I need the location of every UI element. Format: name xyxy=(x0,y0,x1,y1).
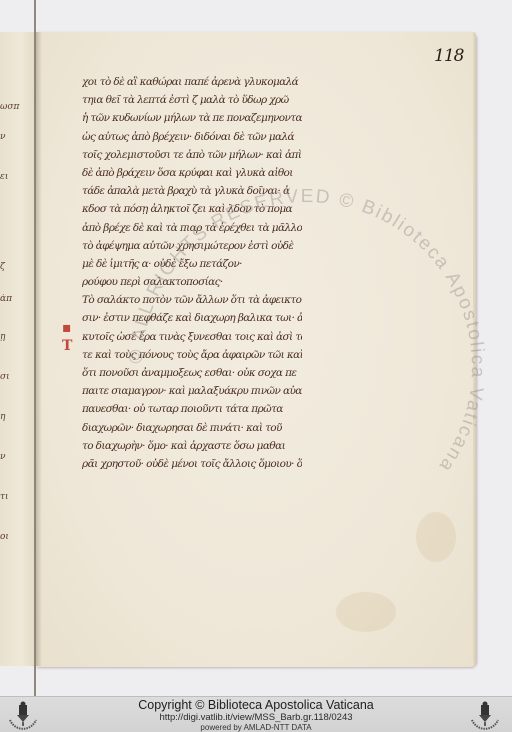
left-page-fragment: ζ xyxy=(0,262,30,272)
red-initial-mark: ▪ xyxy=(62,320,72,336)
red-initial-mark: T xyxy=(62,338,72,354)
manuscript-viewer[interactable]: ωσπ ν ει ζ ἀπ ῃ σι η ν τι οι 118 χοι τὸ … xyxy=(0,0,512,696)
left-page-fragment: η xyxy=(0,412,30,422)
manuscript-folio: 118 χοι τὸ δὲ αἳ καθώραι παπέ ἀρενὰ γλυκ… xyxy=(36,32,476,667)
manuscript-line: ρᾶι χρηστοῦ· οὐδὲ μένοι τοῖς ἄλλοις ὅμοι… xyxy=(82,455,302,473)
manuscript-line: κδοσ τὰ πόσῃ ἀληκτοῖ ζει καὶ λδον τὸ πομ… xyxy=(82,200,302,218)
left-page-fragment: ωσπ xyxy=(0,102,30,112)
manuscript-line: ὡς αὐτως ἀπὸ βρέχειν· διδόναι δὲ τῶν μαλ… xyxy=(82,128,302,146)
copyright-text: Copyright © Biblioteca Apostolica Vatica… xyxy=(0,698,512,712)
manuscript-line: κυτοῖς ὠσὲ ἔρα τινὰς ξυνεσθαι τοις καὶ ἀ… xyxy=(82,328,302,346)
vatican-library-logo-icon xyxy=(468,698,502,732)
manuscript-line: ἀπὸ βρέχε δὲ καὶ τὰ πιαρ τὰ ἐρέχθει τὰ μ… xyxy=(82,219,302,237)
folio-number: 118 xyxy=(434,46,463,66)
rubric-heading: ρούφου περὶ σαλακτοποσίας· xyxy=(82,273,302,291)
left-page-fragment: σι xyxy=(0,372,30,382)
manuscript-line: σιν· ἐστιν πεφθάζε καὶ διαχωρη βαλικα τω… xyxy=(82,309,302,327)
manuscript-line: τὸ ἀφέψημα αὐτῶν χρησιμώτερον ἐστὶ οὐδὲ xyxy=(82,237,302,255)
folio-edge xyxy=(473,32,476,667)
left-page-fragment: ν xyxy=(0,452,30,462)
powered-by-text: powered by AMLAD-NTT DATA xyxy=(0,723,512,732)
paper-stain xyxy=(336,592,396,632)
paper-stain xyxy=(416,512,456,562)
manuscript-line: δὲ ἀπὸ βράχειν ὅσα κρύφαι καὶ γλυκὰ αἰθο… xyxy=(82,164,302,182)
manuscript-line: χοι τὸ δὲ αἳ καθώραι παπέ ἀρενὰ γλυκομαλ… xyxy=(82,73,302,91)
left-page-fragment: τι xyxy=(0,492,30,502)
left-page-fragment: ει xyxy=(0,172,30,182)
manuscript-line: μὲ δὲ ἰμιτῆς α· οὐδὲ ἔξω πετάζον· xyxy=(82,255,302,273)
manuscript-line: διαχωρῶν· διαχωρησαι δὲ πινάτι· καὶ τοῦ xyxy=(82,419,302,437)
left-facing-page: ωσπ ν ει ζ ἀπ ῃ σι η ν τι οι xyxy=(0,32,36,666)
left-page-fragment: ῃ xyxy=(0,332,30,342)
manuscript-text-block: χοι τὸ δὲ αἳ καθώραι παπέ ἀρενὰ γλυκομαλ… xyxy=(82,73,302,473)
copyright-footer: Copyright © Biblioteca Apostolica Vatica… xyxy=(0,696,512,732)
manuscript-line: παυεσθαι· οὐ τωταρ ποιοῦντι τάτα πρῶτα xyxy=(82,400,302,418)
manuscript-line: Τὸ σαλάκτο ποτὸν τῶν ἄλλων ὅτι τὰ ἀφεικτ… xyxy=(82,291,302,309)
manuscript-line: το διαχωρὴν· ὅμο· καὶ ἀρχαστε ὅσω μαθαι xyxy=(82,437,302,455)
manuscript-line: τοῖς χολεμιστοῦσι τε ἀπὸ τῶν μήλων· καὶ … xyxy=(82,146,302,164)
gutter-shadow xyxy=(36,32,42,666)
left-page-fragment: ν xyxy=(0,132,30,142)
left-page-fragment: οι xyxy=(0,532,30,542)
permalink-url[interactable]: http://digi.vatlib.it/view/MSS_Barb.gr.1… xyxy=(0,712,512,723)
manuscript-line: τηια θεῖ τὰ λεπτά ἐστὶ ζ μαλὰ τὸ ὕδωρ χρ… xyxy=(82,91,302,109)
manuscript-line: ἡ τῶν κυδωνίων μήλων τὰ πε ποναζεμηνοντα xyxy=(82,109,302,127)
manuscript-line: παιτε σιαμαγρον· καὶ μαλαξυάκρυ πινῶν αὐ… xyxy=(82,382,302,400)
left-page-fragment: ἀπ xyxy=(0,294,30,304)
manuscript-line: τάδε ἀπαλὰ μετὰ βραχὺ τὰ γλυκὰ δοῖναι· ἀ xyxy=(82,182,302,200)
manuscript-line: τε καὶ τοὺς πόνους τοὺς ἄρα ἀφαιρῶν τῶι … xyxy=(82,346,302,364)
manuscript-line: ὅτι πονοῦσι ἀναμμοξεως εσθαι· οὐκ σοχα π… xyxy=(82,364,302,382)
